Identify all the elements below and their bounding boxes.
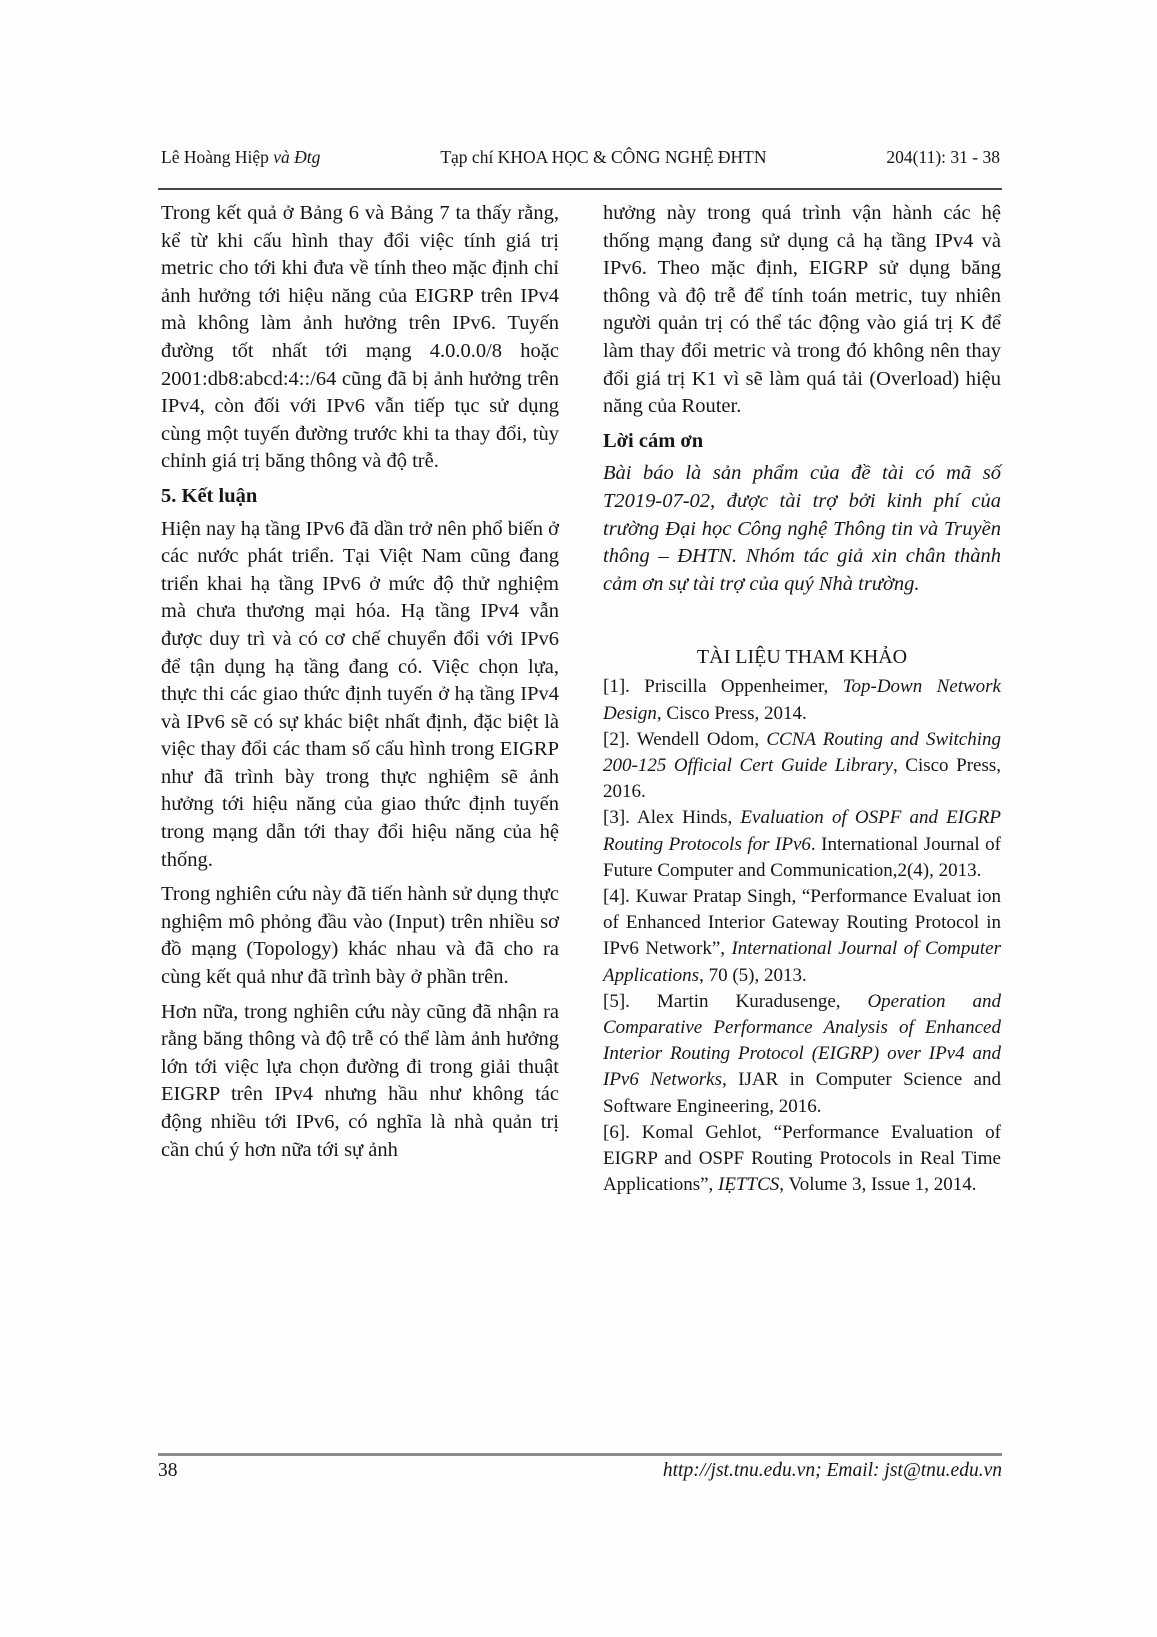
footer-rule	[158, 1453, 1002, 1456]
header-authors: Lê Hoàng Hiệp và Đtg	[161, 147, 320, 168]
body-paragraph: Trong kết quả ở Bảng 6 và Bảng 7 ta thấy…	[161, 200, 559, 476]
page-header: Lê Hoàng Hiệp và Đtg Tạp chí KHOA HỌC & …	[161, 147, 1000, 168]
references-list: [1]. Priscilla Oppenheimer, Top-Down Net…	[603, 674, 1001, 1198]
acknowledgment-text: Bài báo là sản phẩm của đề tài có mã số …	[603, 460, 1001, 598]
body-paragraph: hưởng này trong quá trình vận hành các h…	[603, 200, 1001, 421]
reference-item: [6]. Komal Gehlot, “Performance Evaluati…	[603, 1120, 1001, 1199]
journal-page: Lê Hoàng Hiệp và Đtg Tạp chí KHOA HỌC & …	[0, 0, 1157, 1637]
acknowledgment-heading: Lời cám ơn	[603, 428, 1001, 456]
header-journal-title: Tạp chí KHOA HỌC & CÔNG NGHỆ ĐHTN	[320, 147, 886, 168]
body-paragraph: Hiện nay hạ tầng IPv6 đã dần trở nên phổ…	[161, 516, 559, 875]
right-column: hưởng này trong quá trình vận hành các h…	[603, 200, 1001, 1198]
conclusion-heading: 5. Kết luận	[161, 483, 559, 511]
footer-page-number: 38	[158, 1460, 178, 1482]
left-column: Trong kết quả ở Bảng 6 và Bảng 7 ta thấy…	[161, 200, 559, 1198]
reference-item: [3]. Alex Hinds, Evaluation of OSPF and …	[603, 805, 1001, 884]
article-body: Trong kết quả ở Bảng 6 và Bảng 7 ta thấy…	[161, 200, 1001, 1198]
body-paragraph: Trong nghiên cứu này đã tiến hành sử dụn…	[161, 881, 559, 991]
reference-item: [5]. Martin Kuradusenge, Operation and C…	[603, 989, 1001, 1120]
header-authors-name: Lê Hoàng Hiệp	[161, 147, 273, 167]
reference-item: [4]. Kuwar Pratap Singh, “Performance Ev…	[603, 884, 1001, 989]
header-rule	[158, 188, 1002, 190]
body-paragraph: Hơn nữa, trong nghiên cứu này cũng đã nh…	[161, 999, 559, 1165]
header-issue-info: 204(11): 31 - 38	[886, 147, 1000, 168]
reference-item: [1]. Priscilla Oppenheimer, Top-Down Net…	[603, 674, 1001, 726]
references-heading: TÀI LIỆU THAM KHẢO	[603, 644, 1001, 671]
header-authors-etal: và Đtg	[273, 147, 320, 167]
reference-item: [2]. Wendell Odom, CCNA Routing and Swit…	[603, 727, 1001, 806]
page-footer: 38 http://jst.tnu.edu.vn; Email: jst@tnu…	[158, 1460, 1002, 1482]
footer-website-email: http://jst.tnu.edu.vn; Email: jst@tnu.ed…	[663, 1460, 1002, 1482]
